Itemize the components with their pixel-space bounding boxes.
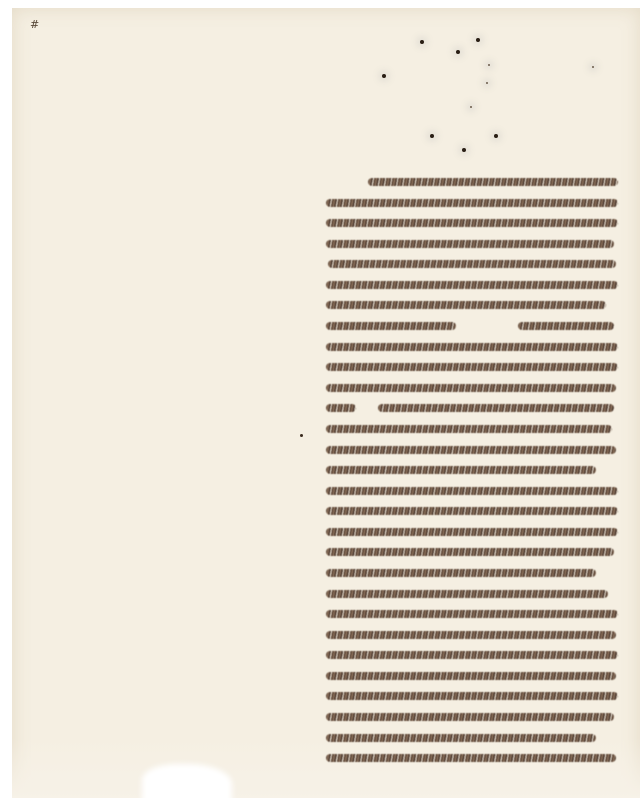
text-line (318, 627, 620, 643)
pinhole (430, 134, 434, 138)
text-line (318, 668, 620, 684)
text-line (318, 503, 620, 519)
text-line (318, 380, 620, 396)
text-line (318, 359, 620, 375)
text-line (318, 688, 620, 704)
text-line (318, 586, 620, 602)
text-line (318, 565, 620, 581)
text-line (318, 277, 620, 293)
text-line (318, 215, 620, 231)
text-line (318, 195, 620, 211)
text-line (318, 544, 620, 560)
handwritten-text-block (318, 174, 620, 771)
ink-dot (300, 434, 303, 437)
text-line (318, 709, 620, 725)
pinhole (462, 148, 466, 152)
text-line (318, 750, 620, 766)
text-line (318, 421, 620, 437)
pinhole (494, 134, 498, 138)
pinhole (382, 74, 386, 78)
text-line (318, 256, 620, 272)
pinhole (420, 40, 424, 44)
text-line (318, 524, 620, 540)
pinhole (488, 64, 490, 66)
text-line (318, 730, 620, 746)
pinhole (592, 66, 594, 68)
text-line (318, 339, 620, 355)
text-line (318, 236, 620, 252)
text-line (318, 297, 620, 313)
pinhole (456, 50, 460, 54)
text-line (318, 442, 620, 458)
pinhole (486, 82, 488, 84)
text-line (318, 606, 620, 622)
text-line (318, 462, 620, 478)
pinhole (470, 106, 472, 108)
text-line (318, 174, 620, 190)
text-line (318, 318, 620, 334)
text-line (318, 647, 620, 663)
pinhole (476, 38, 480, 42)
text-line (318, 400, 620, 416)
text-line (318, 483, 620, 499)
